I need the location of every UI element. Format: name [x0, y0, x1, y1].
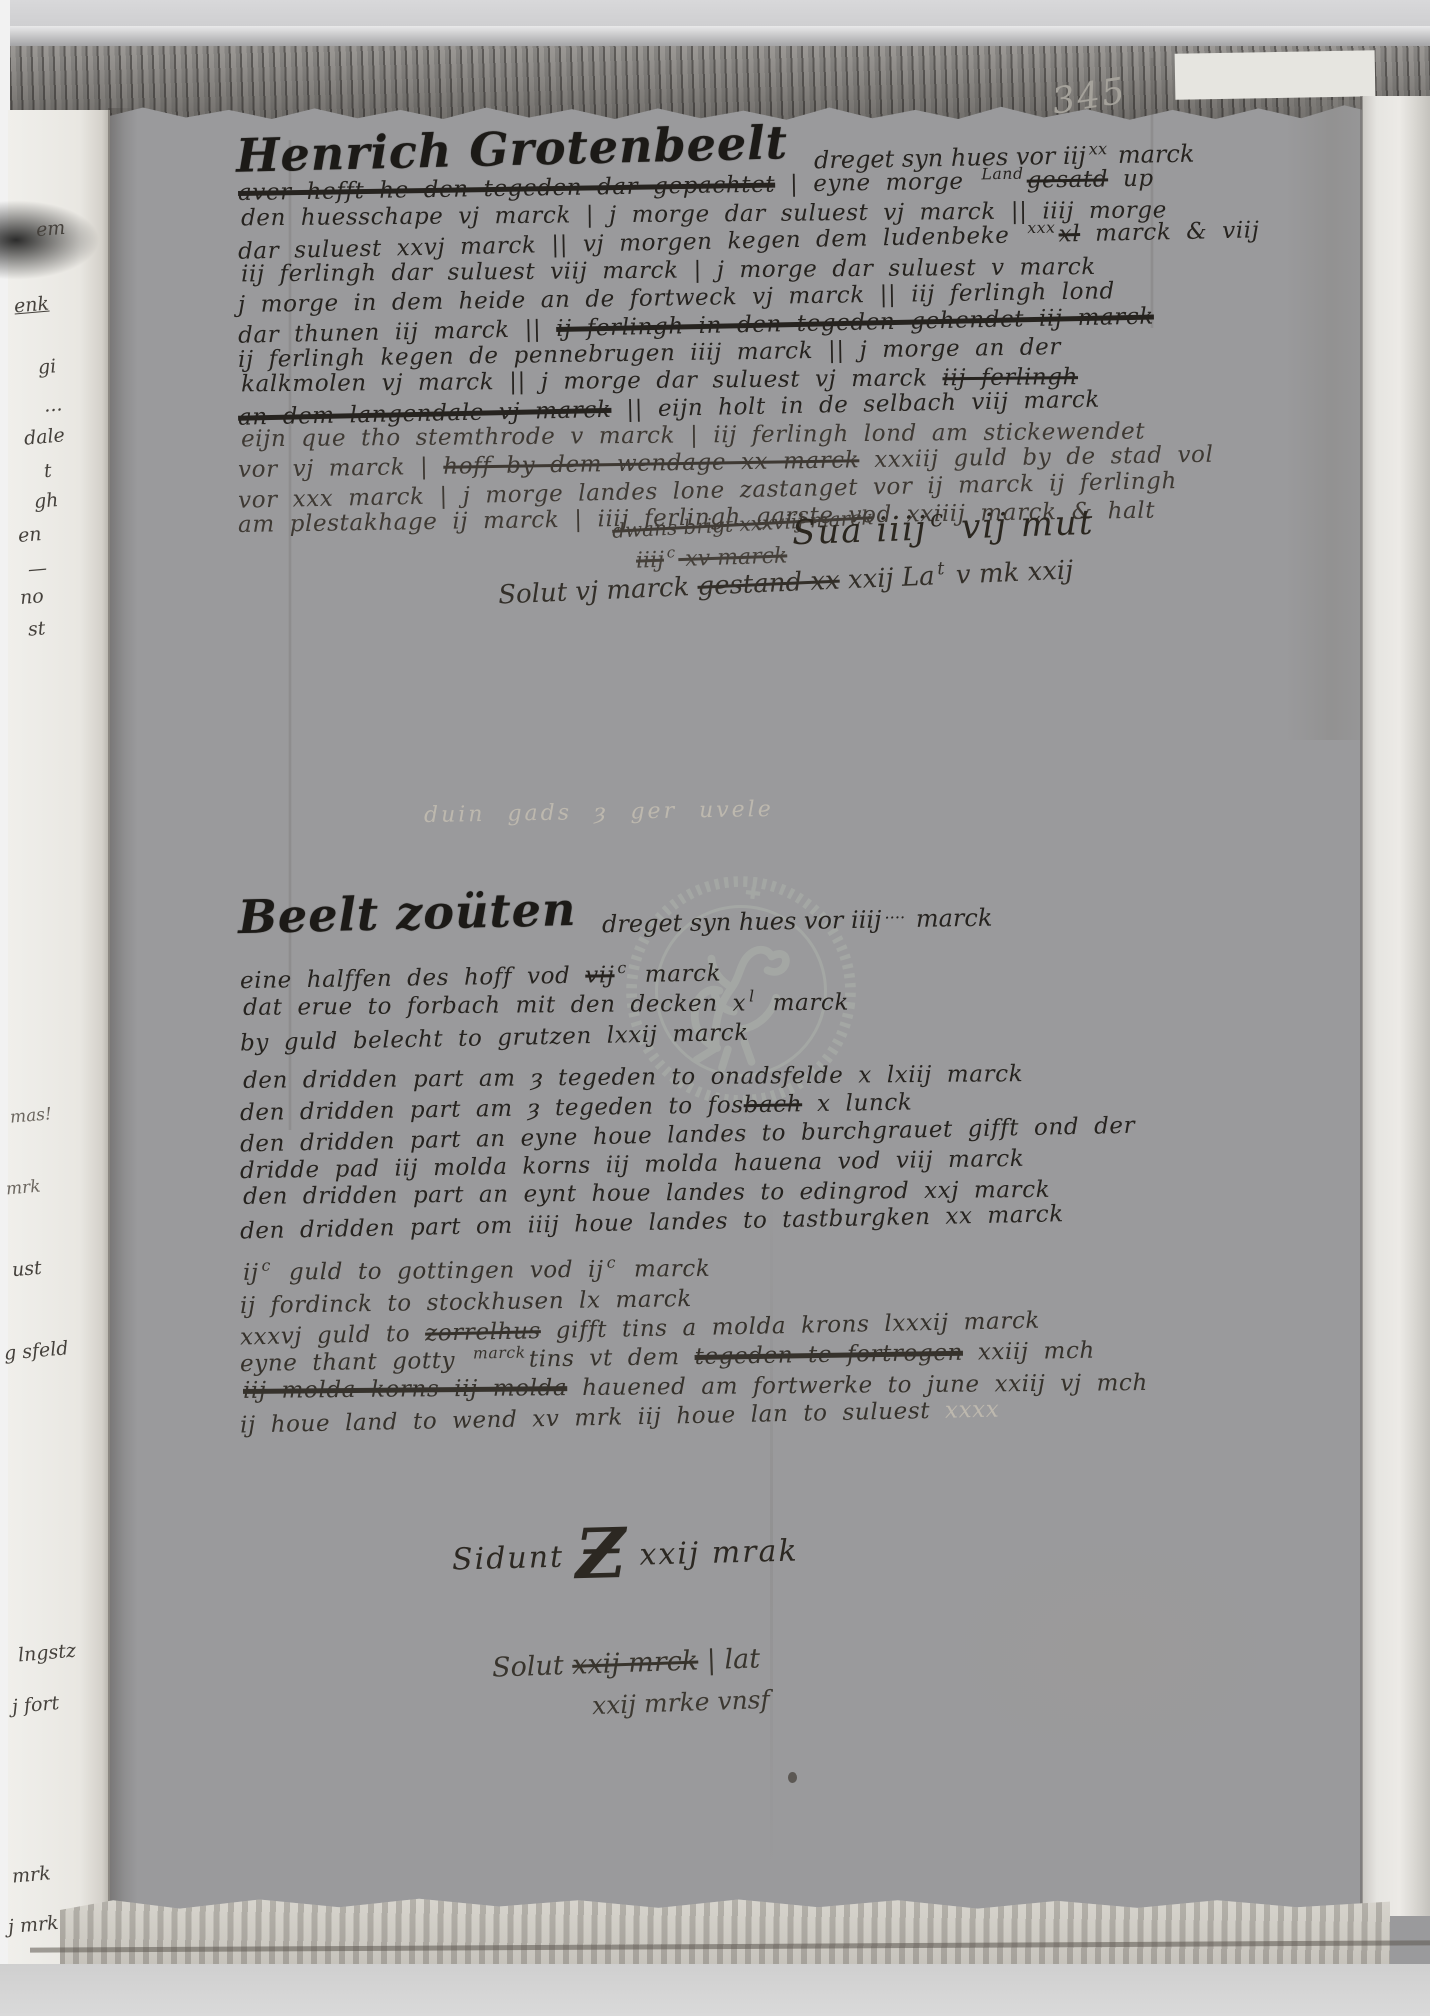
hand-text-segment: Sidunt	[452, 1539, 576, 1577]
hand-text-segment: bach	[743, 1091, 802, 1118]
hand-text-segment: gesatd	[1027, 166, 1109, 193]
hand-text-segment: | eyne morge	[775, 168, 979, 197]
hand-text-segment: | lat	[698, 1643, 761, 1676]
hand-text-segment: iiij	[636, 548, 665, 574]
hand-text-segment: x lunck	[802, 1090, 913, 1118]
facing-page-text-fragment: mrk	[5, 1177, 41, 1200]
hand-text-segment: hoff by dem wendage xx marck	[443, 447, 859, 480]
entry1-body: aver hefft he den tegeden dar gepachtet …	[238, 172, 1260, 532]
hand-text-segment: Ƶ	[575, 1513, 629, 1595]
hand-text-segment: vij	[585, 962, 615, 988]
facing-page-text-fragment: mas!	[9, 1104, 52, 1128]
hand-text-segment: ij fordinck to stockhusen lx marck	[240, 1286, 692, 1319]
facing-page-text-fragment: em	[35, 217, 66, 241]
underlying-pages-right-edge	[1362, 96, 1430, 1916]
hand-text-segment: xxiij mch	[963, 1338, 1095, 1366]
hand-text-segment: marck	[630, 961, 722, 988]
facing-page-text-fragment: t	[43, 460, 53, 483]
facing-page-text-fragment: ...	[43, 393, 63, 416]
hand-text-segment: marck	[619, 1256, 710, 1283]
hand-text-segment: xxij mrke vnsf	[592, 1685, 771, 1720]
hand-text-segment: iij molda korns iij molda	[243, 1375, 567, 1404]
hand-text-segment: c	[930, 506, 946, 533]
facing-page-text-fragment: en	[17, 523, 42, 547]
facing-page-text-fragment: dale	[23, 424, 66, 449]
hand-text-segment: tegeden te fortrogen	[694, 1340, 963, 1370]
hand-text-segment: dat erue to forbach mit den decken x	[243, 991, 746, 1021]
entry2-heading-note: dreget syn hues vor iiij.... marck	[602, 904, 993, 939]
hand-text-segment: marck & viij	[1080, 217, 1260, 247]
entry2-heading: Beelt zoüten	[237, 882, 577, 944]
hand-text-segment: xxx	[1027, 218, 1056, 238]
hand-text-segment: gestand xx	[697, 566, 840, 602]
gutter-fragments: emenkgi...daletghen—nostmas!mrkustg sfel…	[0, 0, 110, 2016]
facing-page-text-fragment: no	[19, 585, 45, 609]
hand-text-segment: xx	[1088, 139, 1107, 158]
paper-stain	[900, 1500, 1320, 1800]
hand-text-segment: marck	[473, 1343, 526, 1363]
facing-page-text-fragment: gi	[37, 355, 57, 379]
hand-text-segment: dreget syn hues vor iiij	[602, 906, 882, 939]
facing-page-text-fragment: j mrk	[7, 1912, 59, 1938]
underlying-page-corner	[1175, 50, 1376, 99]
entry2-solut-line2: xxij mrke vnsf	[592, 1685, 771, 1720]
hand-text-segment: vor vj marck |	[238, 454, 444, 483]
hand-text-segment: guld to gottingen vod ij	[274, 1257, 604, 1286]
hand-text-segment: t	[937, 559, 945, 579]
hand-text-segment: xxxvj guld to	[240, 1321, 426, 1351]
hand-text-segment: vij mut	[948, 503, 1095, 548]
facing-page-text-fragment: enk	[13, 293, 50, 318]
hand-text-segment: by guld belecht to grutzen lxxij marck	[240, 1020, 749, 1057]
right-margin-shading	[1285, 100, 1363, 740]
hand-text-segment: c	[617, 958, 627, 977]
hand-text-segment: up	[1108, 166, 1154, 193]
entry2-body: eine halffen des hoff vod vijc marckdat …	[240, 960, 1145, 1431]
ink-blot	[788, 1772, 797, 1783]
facing-page-text-fragment: st	[27, 617, 46, 640]
hand-text-segment: Land	[981, 164, 1023, 184]
facing-page-text-fragment: lngstz	[17, 1640, 77, 1667]
hand-text-segment: xxij La	[839, 562, 935, 596]
entry2-heading-row: Beelt zoüten dreget syn hues vor iiij...…	[238, 886, 993, 940]
hand-text-segment: eyne thant gotty	[240, 1347, 470, 1377]
facing-page-text-fragment: g sfeld	[3, 1337, 69, 1365]
scanner-background-bottom	[0, 1964, 1430, 2016]
facing-page-text-fragment: j fort	[11, 1692, 60, 1718]
facing-page-text-fragment: gh	[33, 489, 59, 513]
hand-text-segment: xl	[1058, 221, 1080, 247]
hand-text-segment: l	[749, 986, 755, 1005]
hand-text-segment: eine halffen des hoff vod	[240, 963, 586, 994]
book-bottom-page-edges	[60, 1896, 1390, 1966]
hand-text-segment: c	[666, 544, 675, 562]
hand-text-segment: tins vt dem	[529, 1344, 695, 1373]
hand-text-segment: v mk xxij	[947, 555, 1074, 590]
hand-text-segment: marck	[758, 990, 849, 1017]
hand-text-segment: xxij mrak	[628, 1533, 800, 1572]
facing-page-text-fragment: mrk	[11, 1862, 51, 1887]
hand-text-segment: ij	[243, 1260, 259, 1286]
hand-text-segment: Solut	[492, 1650, 573, 1684]
hand-text-segment: marck	[908, 904, 993, 933]
hand-text-segment: ....	[885, 903, 906, 922]
facing-page-text-fragment: —	[27, 557, 48, 581]
manuscript-scan: emenkgi...daletghen—nostmas!mrkustg sfel…	[0, 0, 1430, 2016]
hand-text-segment: Sua iiij	[791, 509, 928, 554]
gutter-shadow	[108, 108, 138, 1908]
hand-text-segment: xxij mrck	[572, 1645, 699, 1680]
facing-page-text-fragment: ust	[11, 1257, 42, 1281]
hand-text-segment: xxxx	[945, 1397, 1000, 1424]
hand-text-segment: c	[607, 1253, 617, 1272]
hand-text-segment: c	[262, 1256, 272, 1275]
